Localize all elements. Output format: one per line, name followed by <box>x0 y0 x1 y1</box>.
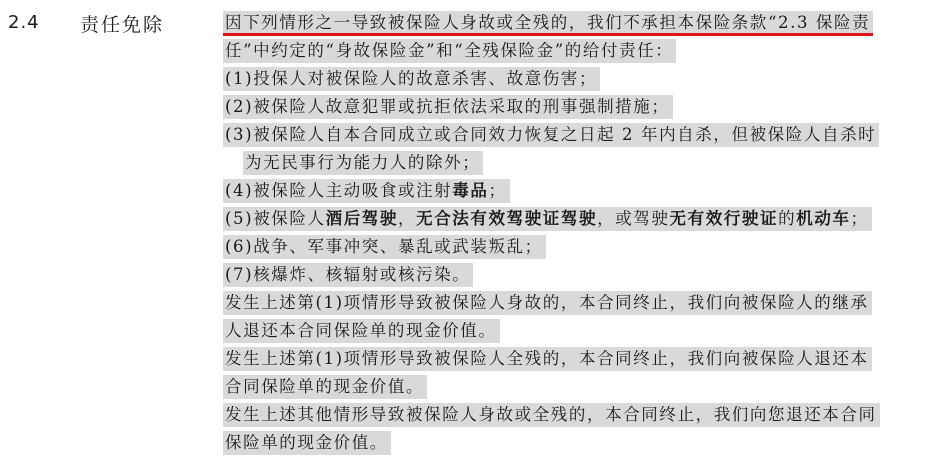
exclusion-item-2: (2)被保险人故意犯罪或抗拒依法采取的刑事强制措施； <box>223 93 923 121</box>
item-text: 被保险人 <box>253 209 325 228</box>
exclusion-item-text: (4)被保险人主动吸食或注射毒品； <box>223 179 510 203</box>
consequence-text: 保险单的现金价值。 <box>223 431 391 455</box>
clause-body: 因下列情形之一导致被保险人身故或全残的，我们不承担本保险条款“2.3 保险责 任… <box>223 9 923 457</box>
consequence-1-line-1: 发生上述第(1)项情形导致被保险人身故的，本合同终止，我们向被保险人的继承 <box>223 289 923 317</box>
item-text: 的 <box>778 209 796 228</box>
intro-highlight: 任”中约定的“身故保险金”和“全残保险金”的给付责任： <box>223 39 676 63</box>
item-bold-text: 无合法有效驾驶证驾驶 <box>416 209 597 228</box>
exclusion-item-1: (1)投保人对被保险人的故意杀害、故意伤害； <box>223 65 923 93</box>
item-label: (7) <box>225 265 253 284</box>
consequence-2-line-1: 发生上述第(1)项情形导致被保险人全残的，本合同终止，我们向被保险人退还本 <box>223 345 923 373</box>
intro-highlight-underlined: 因下列情形之一导致被保险人身故或全残的，我们不承担本保险条款“2.3 保险责 <box>223 11 873 36</box>
exclusion-item-3: (3)被保险人自本合同成立或合同效力恢复之日起 2 年内自杀，但被保险人自杀时 <box>223 121 923 149</box>
item-label: (4) <box>225 181 253 200</box>
item-text: ； <box>489 181 507 200</box>
intro-line-2: 任”中约定的“身故保险金”和“全残保险金”的给付责任： <box>223 37 923 65</box>
item-text: ，或驾驶 <box>597 209 669 228</box>
item-bold-text: 毒品 <box>452 181 488 200</box>
item-label: (1) <box>225 69 253 88</box>
item-text: 被保险人主动吸食或注射 <box>253 181 452 200</box>
item-bold-text: 酒后驾驶 <box>326 209 398 228</box>
exclusion-item-4: (4)被保险人主动吸食或注射毒品； <box>223 177 923 205</box>
consequence-text: 发生上述其他情形导致被保险人身故或全残的，本合同终止，我们向您退还本合同 <box>223 403 880 427</box>
consequence-text: 合同保险单的现金价值。 <box>223 375 427 399</box>
consequence-3-line-2: 保险单的现金价值。 <box>223 429 923 457</box>
exclusion-item-text: (3)被保险人自本合同成立或合同效力恢复之日起 2 年内自杀，但被保险人自杀时 <box>223 123 879 147</box>
exclusion-item-3-continuation: 为无民事行为能力人的除外； <box>223 149 923 177</box>
consequence-text: 发生上述第(1)项情形导致被保险人身故的，本合同终止，我们向被保险人的继承 <box>223 291 872 315</box>
exclusion-item-text: (1)投保人对被保险人的故意杀害、故意伤害； <box>223 67 600 91</box>
exclusion-item-text: (7)核爆炸、核辐射或核污染。 <box>223 263 473 287</box>
item-continuation-text: 为无民事行为能力人的除外； <box>243 151 483 175</box>
consequence-3-line-1: 发生上述其他情形导致被保险人身故或全残的，本合同终止，我们向您退还本合同 <box>223 401 923 429</box>
section-title: 责任免除 <box>80 10 164 37</box>
item-label: (3) <box>225 125 253 144</box>
consequence-text: 人退还本合同保险单的现金价值。 <box>223 319 500 343</box>
section-number: 2.4 <box>8 12 40 33</box>
exclusion-item-7: (7)核爆炸、核辐射或核污染。 <box>223 261 923 289</box>
item-label: (6) <box>225 237 253 256</box>
item-text: ， <box>398 209 416 228</box>
item-text: 战争、军事冲突、暴乱或武装叛乱； <box>253 237 543 256</box>
item-bold-text: 机动车 <box>796 209 850 228</box>
item-label: (5) <box>225 209 253 228</box>
consequence-1-line-2: 人退还本合同保险单的现金价值。 <box>223 317 923 345</box>
exclusion-item-text: (5)被保险人酒后驾驶，无合法有效驾驶证驾驶，或驾驶无有效行驶证的机动车； <box>223 207 872 231</box>
item-text: 被保险人故意犯罪或抗拒依法采取的刑事强制措施； <box>253 97 669 116</box>
consequence-text: 发生上述第(1)项情形导致被保险人全残的，本合同终止，我们向被保险人退还本 <box>223 347 872 371</box>
item-bold-text: 无有效行驶证 <box>670 209 779 228</box>
consequence-2-line-2: 合同保险单的现金价值。 <box>223 373 923 401</box>
item-text: 被保险人自本合同成立或合同效力恢复之日起 2 年内自杀，但被保险人自杀时 <box>253 125 876 144</box>
intro-line-1: 因下列情形之一导致被保险人身故或全残的，我们不承担本保险条款“2.3 保险责 <box>223 9 923 37</box>
item-text: ； <box>851 209 869 228</box>
exclusion-item-text: (2)被保险人故意犯罪或抗拒依法采取的刑事强制措施； <box>223 95 673 119</box>
exclusion-item-5: (5)被保险人酒后驾驶，无合法有效驾驶证驾驶，或驾驶无有效行驶证的机动车； <box>223 205 923 233</box>
item-text: 核爆炸、核辐射或核污染。 <box>253 265 470 284</box>
exclusion-item-text: (6)战争、军事冲突、暴乱或武装叛乱； <box>223 235 546 259</box>
item-label: (2) <box>225 97 253 116</box>
item-text: 投保人对被保险人的故意杀害、故意伤害； <box>253 69 597 88</box>
exclusion-item-6: (6)战争、军事冲突、暴乱或武装叛乱； <box>223 233 923 261</box>
